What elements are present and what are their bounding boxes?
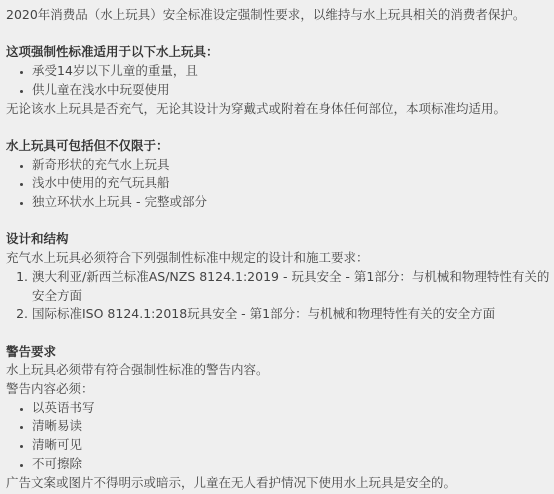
examples-list-item: 独立环状水上玩具 - 完整或部分 [32,193,554,212]
design-section: 设计和结构 充气水上玩具必须符合下列强制性标准中规定的设计和施工要求： 澳大利亚… [6,230,554,324]
intro-paragraph: 2020年消费品（水上玩具）安全标准设定强制性要求，以维持与水上玩具相关的消费者… [6,6,554,25]
spacer [6,25,554,44]
examples-list: 新奇形状的充气水上玩具 浅水中使用的充气玩具船 独立环状水上玩具 - 完整或部分 [6,156,554,212]
scope-section: 这项强制性标准适用于以下水上玩具： 承受14岁以下儿童的重量，且 供儿童在浅水中… [6,43,554,118]
warnings-list-item: 清晰易读 [32,417,554,436]
scope-heading: 这项强制性标准适用于以下水上玩具： [6,43,554,62]
warnings-note: 广告文案或图片不得明示或暗示，儿童在无人看护情况下使用水上玩具是安全的。 [6,474,554,493]
scope-list-item: 供儿童在浅水中玩耍使用 [32,81,554,100]
design-standard-item: 澳大利亚/新西兰标准AS/NZS 8124.1:2019 - 玩具安全 - 第1… [32,268,554,305]
document-body: 2020年消费品（水上玩具）安全标准设定强制性要求，以维持与水上玩具相关的消费者… [0,0,554,492]
warnings-section: 警告要求 水上玩具必须带有符合强制性标准的警告内容。 警告内容必须： 以英语书写… [6,343,554,493]
examples-list-item: 新奇形状的充气水上玩具 [32,156,554,175]
spacer [6,324,554,343]
warnings-list-item: 清晰可见 [32,436,554,455]
scope-note: 无论该水上玩具是否充气，无论其设计为穿戴式或附着在身体任何部位，本项标准均适用。 [6,100,554,119]
scope-list: 承受14岁以下儿童的重量，且 供儿童在浅水中玩耍使用 [6,62,554,99]
design-standards-list: 澳大利亚/新西兰标准AS/NZS 8124.1:2019 - 玩具安全 - 第1… [6,268,554,324]
warnings-list-item: 以英语书写 [32,399,554,418]
warnings-list: 以英语书写 清晰易读 清晰可见 不可擦除 [6,399,554,474]
examples-list-item: 浅水中使用的充气玩具船 [32,174,554,193]
warnings-list-item: 不可擦除 [32,455,554,474]
spacer [6,212,554,231]
warnings-must-label: 警告内容必须： [6,380,554,399]
design-standard-item: 国际标准ISO 8124.1:2018玩具安全 - 第1部分：与机械和物理特性有… [32,305,554,324]
spacer [6,118,554,137]
warnings-heading: 警告要求 [6,343,554,362]
design-heading: 设计和结构 [6,230,554,249]
design-text: 充气水上玩具必须符合下列强制性标准中规定的设计和施工要求： [6,249,554,268]
examples-section: 水上玩具可包括但不仅限于： 新奇形状的充气水上玩具 浅水中使用的充气玩具船 独立… [6,137,554,212]
examples-heading: 水上玩具可包括但不仅限于： [6,137,554,156]
warnings-text: 水上玩具必须带有符合强制性标准的警告内容。 [6,361,554,380]
scope-list-item: 承受14岁以下儿童的重量，且 [32,62,554,81]
